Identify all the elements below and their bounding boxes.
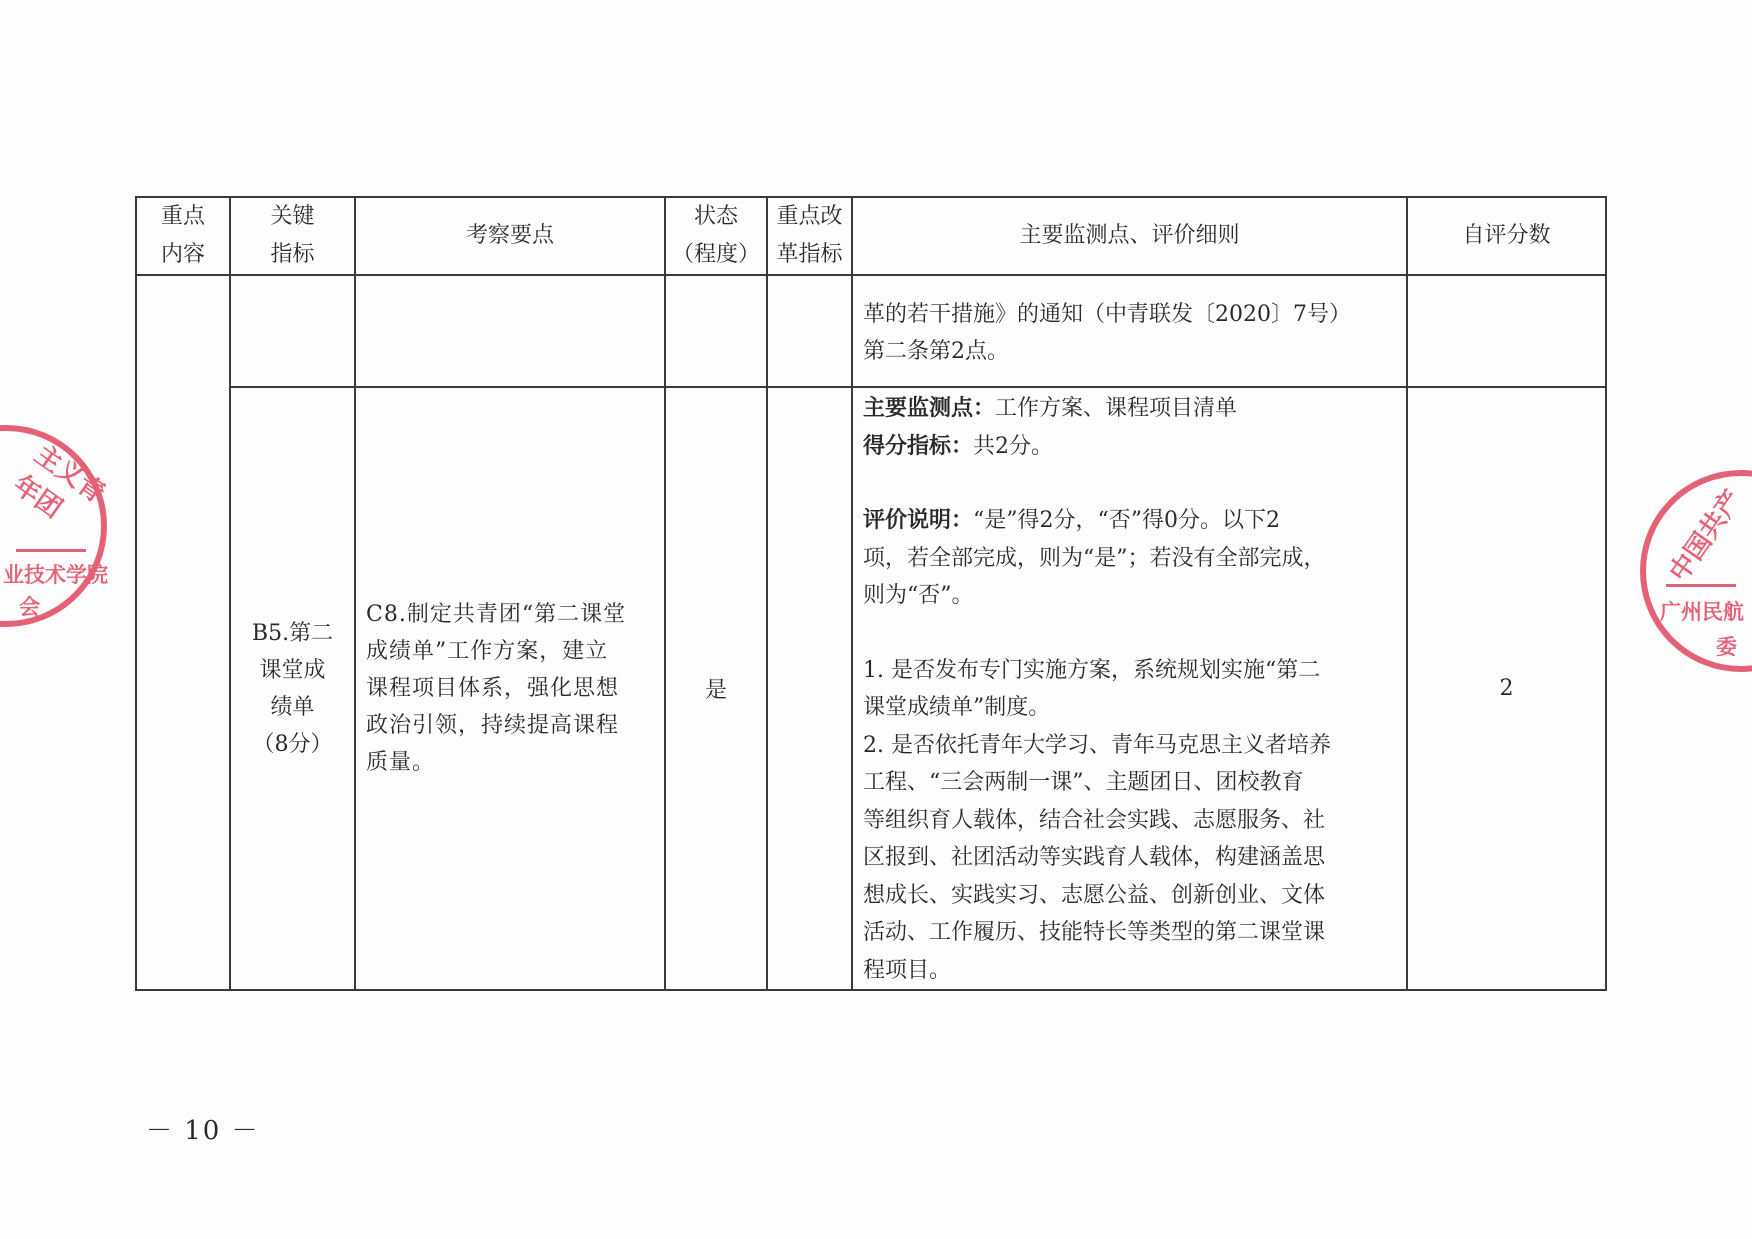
reform-indicator-cell <box>767 387 852 990</box>
key-indicator-cell <box>230 275 355 387</box>
header-key-indicator: 关键 指标 <box>230 197 355 275</box>
table-row-continued: 革的若干措施》的通知（中青联发〔2020〕7号） 第二条第2点。 <box>136 275 1606 387</box>
score-indicator: 得分指标：共2分。 <box>863 428 1396 466</box>
monitoring-cell: 革的若干措施》的通知（中青联发〔2020〕7号） 第二条第2点。 <box>852 275 1407 387</box>
header-status: 状态 （程度） <box>665 197 767 275</box>
header-monitoring-details: 主要监测点、评价细则 <box>852 197 1407 275</box>
criterion-1: 1. 是否发布专门实施方案，系统规划实施“第二 课堂成绩单”制度。 <box>863 652 1396 727</box>
header-reform-indicator: 重点改 革指标 <box>767 197 852 275</box>
evaluation-note: 评价说明：“是”得2分，“否”得0分。以下2 <box>863 502 1396 540</box>
official-seal-left: 主义青年团 业技术学院 会 <box>0 425 107 627</box>
reform-indicator-cell <box>767 275 852 387</box>
official-seal-right: 中国共产 广州民航 委 <box>1640 470 1752 672</box>
header-inspection-points: 考察要点 <box>355 197 665 275</box>
key-content-cell <box>136 275 230 990</box>
evaluation-table: 重点 内容 关键 指标 考察要点 状态 （程度） 重点改 革指标 主要监测点、评… <box>135 196 1607 991</box>
table-header-row: 重点 内容 关键 指标 考察要点 状态 （程度） 重点改 革指标 主要监测点、评… <box>136 197 1606 275</box>
inspection-point-cell: C8.制定共青团“第二课堂 成绩单”工作方案，建立 课程项目体系，强化思想 政治… <box>355 387 665 990</box>
inspection-point-cell <box>355 275 665 387</box>
main-monitoring-point: 主要监测点：工作方案、课程项目清单 <box>863 390 1396 428</box>
status-cell <box>665 275 767 387</box>
monitoring-cell: 主要监测点：工作方案、课程项目清单 得分指标：共2分。 评价说明：“是”得2分，… <box>852 387 1407 990</box>
status-cell: 是 <box>665 387 767 990</box>
criterion-2: 2. 是否依托青年大学习、青年马克思主义者培养 工程、“三会两制一课”、主题团日… <box>863 727 1396 990</box>
document-page: 重点 内容 关键 指标 考察要点 状态 （程度） 重点改 革指标 主要监测点、评… <box>0 0 1752 1239</box>
table-row-b5: B5.第二 课堂成 绩单 （8分） C8.制定共青团“第二课堂 成绩单”工作方案… <box>136 387 1606 990</box>
key-indicator-cell: B5.第二 课堂成 绩单 （8分） <box>230 387 355 990</box>
self-score-cell: 2 <box>1407 387 1606 990</box>
header-self-score: 自评分数 <box>1407 197 1606 275</box>
self-score-cell <box>1407 275 1606 387</box>
header-key-content: 重点 内容 <box>136 197 230 275</box>
page-number: － 10 － <box>146 1110 260 1147</box>
